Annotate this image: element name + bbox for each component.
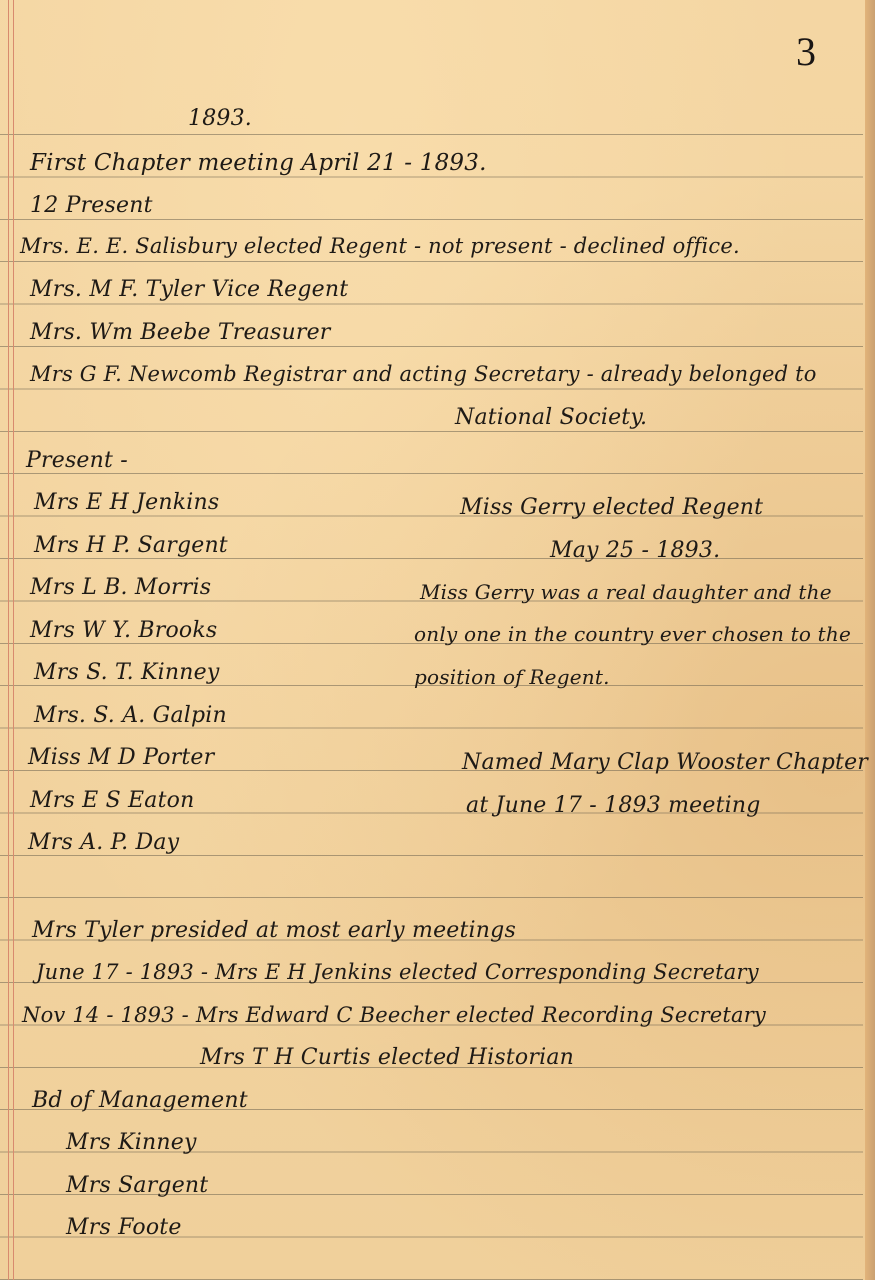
chapter-naming-note: at June 17 - 1893 meeting [466,793,761,818]
later-note: Nov 14 - 1893 - Mrs Edward C Beecher ele… [22,1003,766,1027]
page-edge [865,0,875,1280]
board-member: Mrs Kinney [66,1130,197,1155]
member-name: Mrs L B. Morris [30,575,211,600]
real-daughter-note: Miss Gerry was a real daughter and the [420,580,832,604]
election-line: Mrs. Wm Beebe Treasurer [30,320,331,345]
attendance-count: 12 Present [30,193,153,218]
year-heading: 1893. [188,106,252,131]
board-member: Mrs Sargent [66,1173,208,1198]
real-daughter-note: only one in the country ever chosen to t… [414,622,851,646]
member-name: Mrs H P. Sargent [34,533,228,558]
board-heading: Bd of Management [32,1088,248,1113]
later-note: Mrs T H Curtis elected Historian [200,1045,574,1070]
later-note: Mrs Tyler presided at most early meeting… [32,918,516,943]
later-note: June 17 - 1893 - Mrs E H Jenkins elected… [36,960,759,984]
margin-line [8,0,9,1280]
member-name: Mrs. S. A. Galpin [34,703,227,728]
margin-line [13,0,14,1280]
member-name: Mrs A. P. Day [28,830,179,855]
real-daughter-note: position of Regent. [414,665,610,689]
regent-note: Miss Gerry elected Regent [460,495,763,520]
regent-date: May 25 - 1893. [550,538,720,563]
present-heading: Present - [26,448,128,473]
member-name: Mrs W Y. Brooks [30,618,217,643]
member-name: Miss M D Porter [28,745,214,770]
election-line: Mrs. E. E. Salisbury elected Regent - no… [20,234,740,258]
member-name: Mrs E S Eaton [30,788,194,813]
page-number: 3 [796,28,816,75]
member-name: Mrs E H Jenkins [34,490,219,515]
election-line: National Society. [455,405,647,430]
ledger-page: 3 1893. First Chapter meeting April 21 -… [0,0,875,1280]
board-member: Mrs Foote [66,1215,182,1240]
election-line: Mrs G F. Newcomb Registrar and acting Se… [30,362,817,386]
election-line: Mrs. M F. Tyler Vice Regent [30,277,348,302]
member-name: Mrs S. T. Kinney [34,660,219,685]
chapter-naming-note: Named Mary Clap Wooster Chapter [462,750,868,775]
first-meeting-title: First Chapter meeting April 21 - 1893. [30,150,487,176]
